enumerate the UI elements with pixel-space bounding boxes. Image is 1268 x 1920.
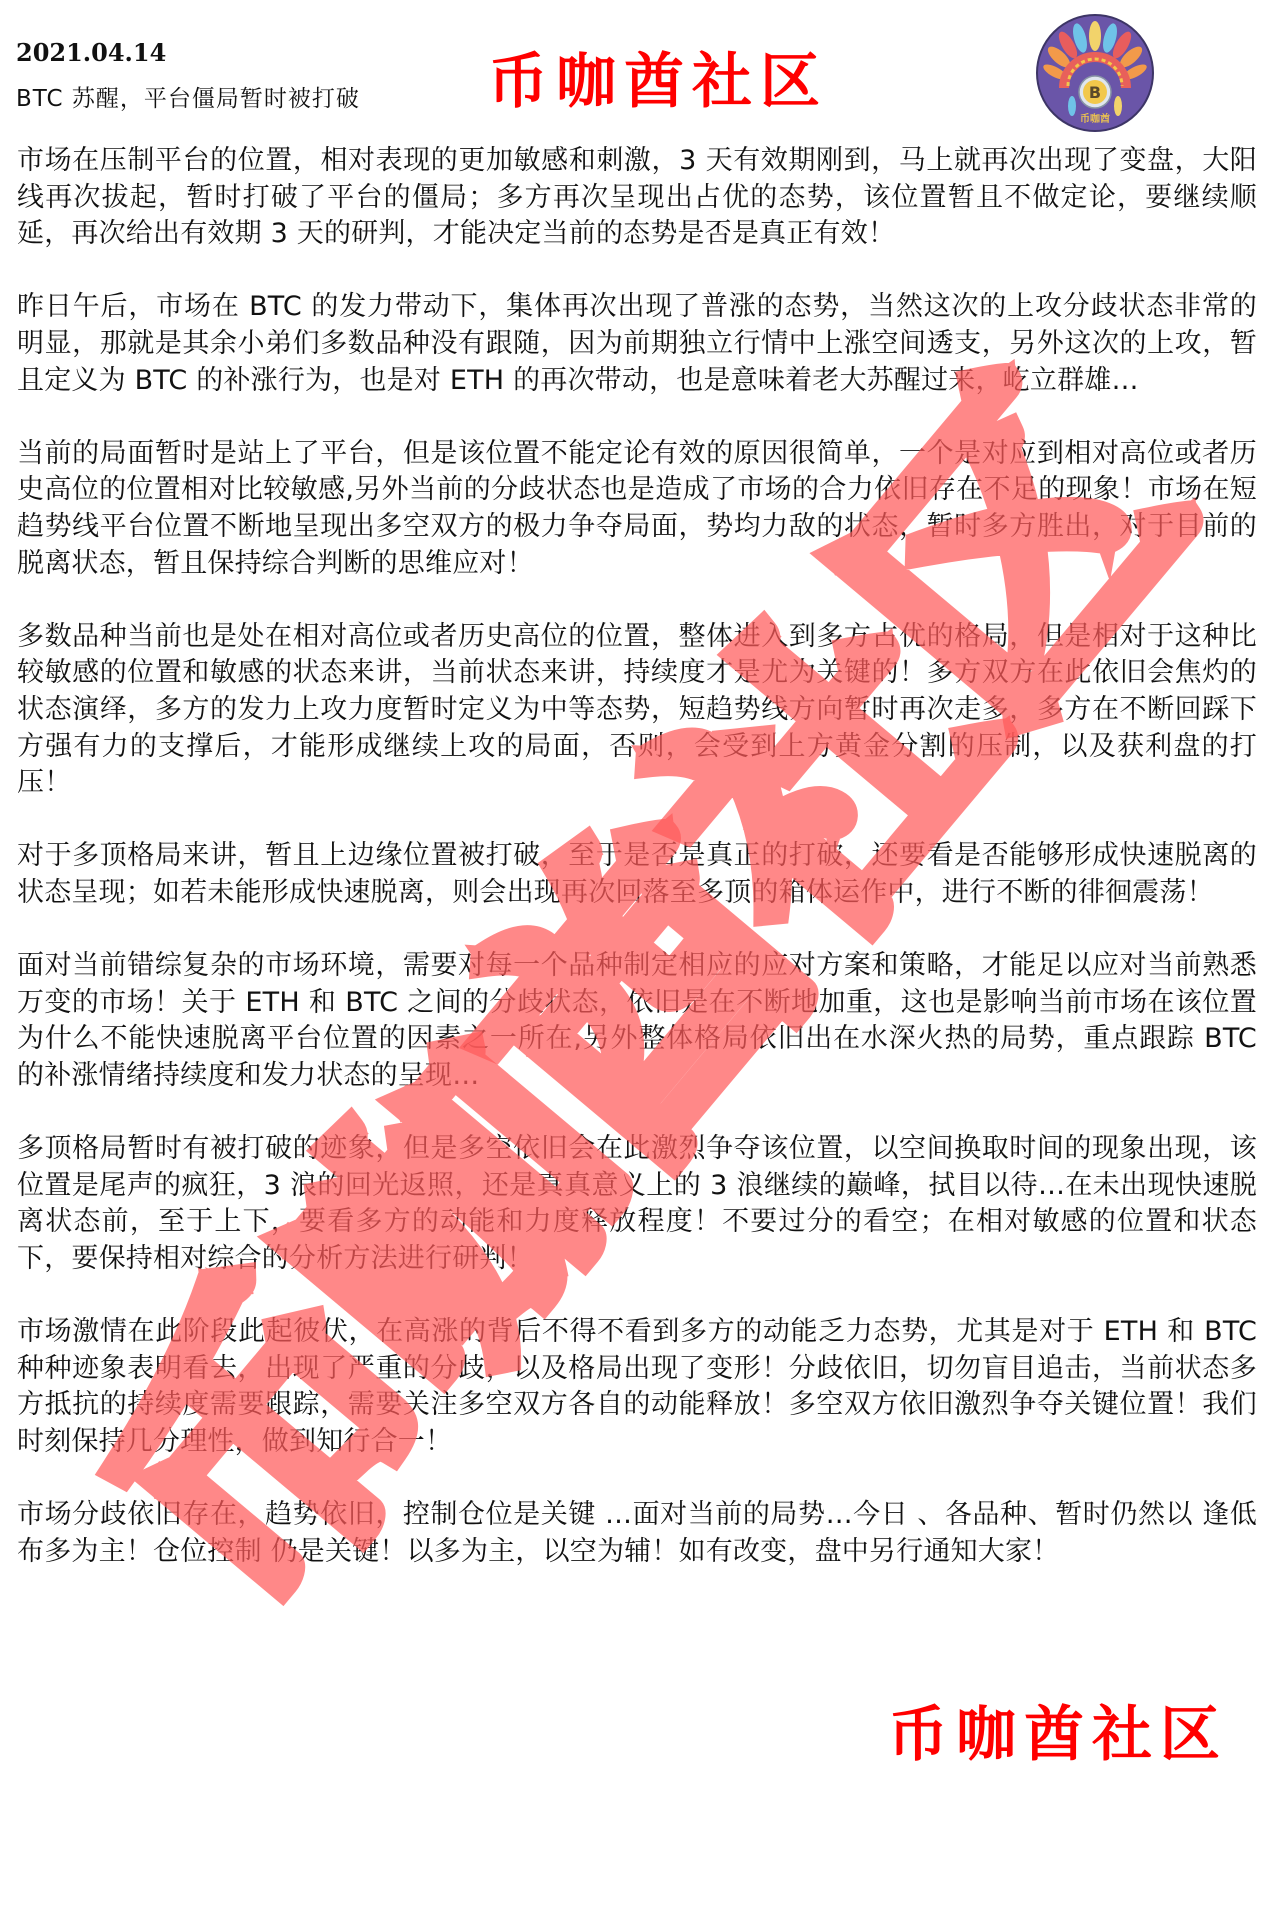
brand-name-top: 币咖酋社区 (488, 52, 828, 112)
paragraph-3: 当前的局面暂时是站上了平台，但是该位置不能定论有效的原因很简单，一个是对应到相对… (17, 436, 1257, 582)
brand-name-bottom: 币咖酋社区 (888, 1705, 1228, 1765)
paragraph-5: 对于多顶格局来讲，暂且上边缘位置被打破，至于是否是真正的打破，还要看是否能够形成… (17, 838, 1257, 911)
bitcoin-headdress-logo-icon: B 币咖酋 (1034, 12, 1156, 134)
paragraph-6: 面对当前错综复杂的市场环境，需要对每一个品种制定相应的应对方案和策略，才能足以应… (17, 948, 1257, 1094)
paragraph-1: 市场在压制平台的位置，相对表现的更加敏感和刺激，3 天有效期刚到，马上就再次出现… (17, 143, 1257, 253)
svg-text:币咖酋: 币咖酋 (1080, 112, 1110, 125)
article-body: 市场在压制平台的位置，相对表现的更加敏感和刺激，3 天有效期刚到，马上就再次出现… (17, 143, 1257, 1607)
paragraph-2: 昨日午后，市场在 BTC 的发力带动下，集体再次出现了普涨的态势，当然这次的上攻… (17, 289, 1257, 399)
paragraph-9: 市场分歧依旧存在，趋势依旧，控制仓位是关键 …面对当前的局势…今日 、各品种、暂… (17, 1497, 1257, 1570)
paragraph-7: 多顶格局暂时有被打破的迹象，但是多空依旧会在此激烈争夺该位置，以空间换取时间的现… (17, 1131, 1257, 1277)
article-header: 2021.04.14 BTC 苏醒，平台僵局暂时被打破 币咖酋社区 (0, 0, 1268, 140)
article-title: BTC 苏醒，平台僵局暂时被打破 (16, 80, 360, 113)
paragraph-8: 市场激情在此阶段此起彼伏，在高涨的背后不得不看到多方的动能乏力态势，尤其是对于 … (17, 1314, 1257, 1460)
article-date: 2021.04.14 (16, 38, 166, 67)
paragraph-4: 多数品种当前也是处在相对高位或者历史高位的位置，整体进入到多方占优的格局，但是相… (17, 619, 1257, 802)
svg-text:B: B (1089, 83, 1101, 102)
